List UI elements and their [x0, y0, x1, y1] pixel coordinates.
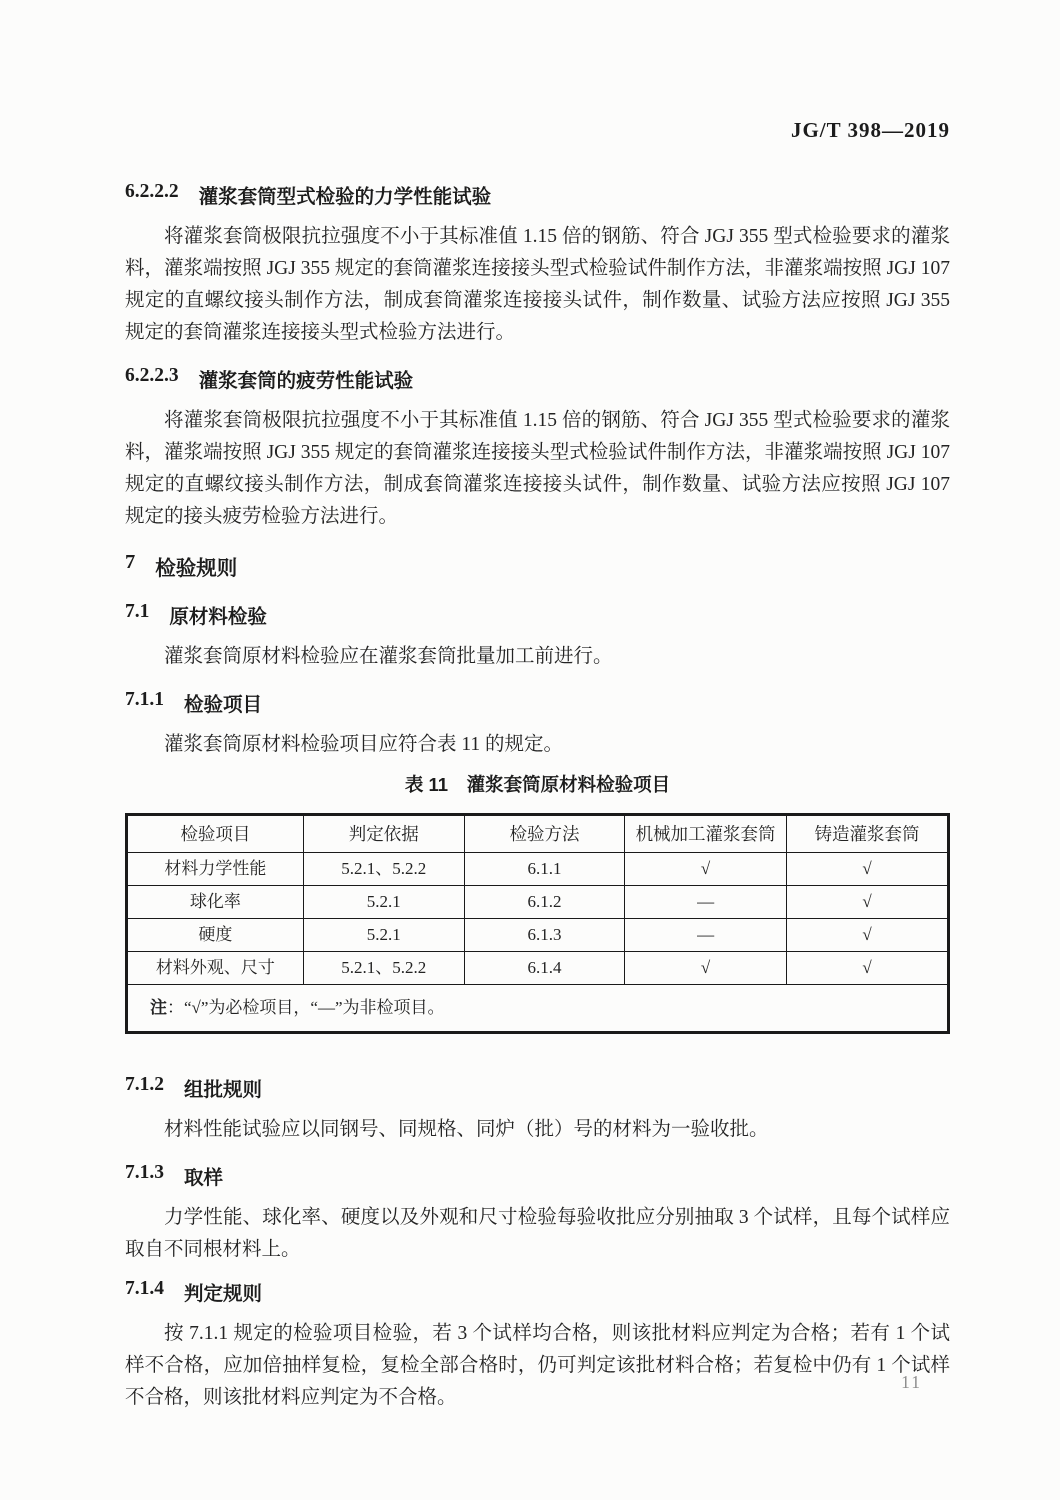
table-cell-checkmark: √ — [625, 952, 787, 985]
page-number: 11 — [901, 1372, 922, 1393]
heading-7-1-3: 7.1.3 取样 — [125, 1162, 950, 1190]
heading-number: 6.2.2.2 — [125, 181, 179, 209]
heading-title: 检验规则 — [155, 551, 237, 581]
table-header-cell: 检验方法 — [464, 815, 624, 853]
paragraph-7-1-1: 灌浆套筒原材料检验项目应符合表 11 的规定。 — [125, 729, 950, 761]
table-cell: 5.2.1 — [303, 886, 464, 919]
paragraph-7-1-4: 按 7.1.1 规定的检验项目检验，若 3 个试样均合格，则该批材料应判定为合格… — [125, 1318, 950, 1414]
table-row: 硬度 5.2.1 6.1.3 — √ — [127, 919, 949, 952]
table-cell-checkmark: √ — [787, 886, 949, 919]
table-header-cell: 检验项目 — [127, 815, 304, 853]
table-cell: 6.1.2 — [464, 886, 624, 919]
table-cell: 6.1.4 — [464, 952, 624, 985]
heading-7-1-2: 7.1.2 组批规则 — [125, 1074, 950, 1102]
table-note-row: 注：“√”为必检项目，“—”为非检项目。 — [127, 985, 949, 1033]
doc-header: JG/T 398—2019 — [125, 118, 950, 143]
table-row: 材料外观、尺寸 5.2.1、5.2.2 6.1.4 √ √ — [127, 952, 949, 985]
heading-number: 7.1.1 — [125, 689, 164, 717]
table-note-text: ：“√”为必检项目，“—”为非检项目。 — [167, 998, 445, 1017]
table-cell-checkmark: √ — [787, 853, 949, 886]
heading-number: 6.2.2.3 — [125, 365, 179, 393]
table-row: 材料力学性能 5.2.1、5.2.2 6.1.1 √ √ — [127, 853, 949, 886]
inspection-items-table: 检验项目 判定依据 检验方法 机械加工灌浆套筒 铸造灌浆套筒 材料力学性能 5.… — [125, 813, 950, 1034]
table-row: 球化率 5.2.1 6.1.2 — √ — [127, 886, 949, 919]
table-cell: 5.2.1 — [303, 919, 464, 952]
table-header-cell: 铸造灌浆套筒 — [787, 815, 949, 853]
heading-7: 7 检验规则 — [125, 551, 950, 581]
table-cell: 5.2.1、5.2.2 — [303, 853, 464, 886]
table-cell: 球化率 — [127, 886, 304, 919]
heading-7-1: 7.1 原材料检验 — [125, 601, 950, 629]
table-cell-dash: — — [625, 886, 787, 919]
heading-number: 7 — [125, 551, 135, 581]
table-cell-dash: — — [625, 919, 787, 952]
table-header-row: 检验项目 判定依据 检验方法 机械加工灌浆套筒 铸造灌浆套筒 — [127, 815, 949, 853]
heading-number: 7.1.2 — [125, 1074, 164, 1102]
table-cell: 材料力学性能 — [127, 853, 304, 886]
heading-title: 灌浆套筒型式检验的力学性能试验 — [199, 181, 492, 209]
heading-number: 7.1.3 — [125, 1162, 164, 1190]
table-caption: 表 11 灌浆套筒原材料检验项目 — [125, 771, 950, 799]
heading-7-1-1: 7.1.1 检验项目 — [125, 689, 950, 717]
table-header-cell: 判定依据 — [303, 815, 464, 853]
document-page: JG/T 398—2019 6.2.2.2 灌浆套筒型式检验的力学性能试验 将灌… — [0, 0, 1060, 1500]
table-header-cell: 机械加工灌浆套筒 — [625, 815, 787, 853]
paragraph-6-2-2-2: 将灌浆套筒极限抗拉强度不小于其标准值 1.15 倍的钢筋、符合 JGJ 355 … — [125, 221, 950, 349]
paragraph-7-1: 灌浆套筒原材料检验应在灌浆套筒批量加工前进行。 — [125, 641, 950, 673]
table-note: 注：“√”为必检项目，“—”为非检项目。 — [127, 985, 949, 1033]
paragraph-6-2-2-3: 将灌浆套筒极限抗拉强度不小于其标准值 1.15 倍的钢筋、符合 JGJ 355 … — [125, 405, 950, 533]
heading-title: 组批规则 — [184, 1074, 262, 1102]
doc-code: JG/T 398—2019 — [791, 118, 950, 142]
table-cell: 材料外观、尺寸 — [127, 952, 304, 985]
table-cell: 5.2.1、5.2.2 — [303, 952, 464, 985]
table-note-label: 注 — [150, 998, 167, 1017]
heading-number: 7.1.4 — [125, 1278, 164, 1306]
table-cell-checkmark: √ — [787, 952, 949, 985]
table-cell: 6.1.3 — [464, 919, 624, 952]
heading-title: 检验项目 — [184, 689, 262, 717]
heading-title: 取样 — [184, 1162, 223, 1190]
heading-number: 7.1 — [125, 601, 149, 629]
heading-7-1-4: 7.1.4 判定规则 — [125, 1278, 950, 1306]
table-cell: 硬度 — [127, 919, 304, 952]
heading-6-2-2-2: 6.2.2.2 灌浆套筒型式检验的力学性能试验 — [125, 181, 950, 209]
heading-title: 判定规则 — [184, 1278, 262, 1306]
paragraph-7-1-3: 力学性能、球化率、硬度以及外观和尺寸检验每验收批应分别抽取 3 个试样，且每个试… — [125, 1202, 950, 1266]
paragraph-7-1-2: 材料性能试验应以同钢号、同规格、同炉（批）号的材料为一验收批。 — [125, 1114, 950, 1146]
table-cell-checkmark: √ — [625, 853, 787, 886]
table-cell: 6.1.1 — [464, 853, 624, 886]
table-cell-checkmark: √ — [787, 919, 949, 952]
heading-title: 灌浆套筒的疲劳性能试验 — [199, 365, 414, 393]
heading-6-2-2-3: 6.2.2.3 灌浆套筒的疲劳性能试验 — [125, 365, 950, 393]
heading-title: 原材料检验 — [169, 601, 267, 629]
